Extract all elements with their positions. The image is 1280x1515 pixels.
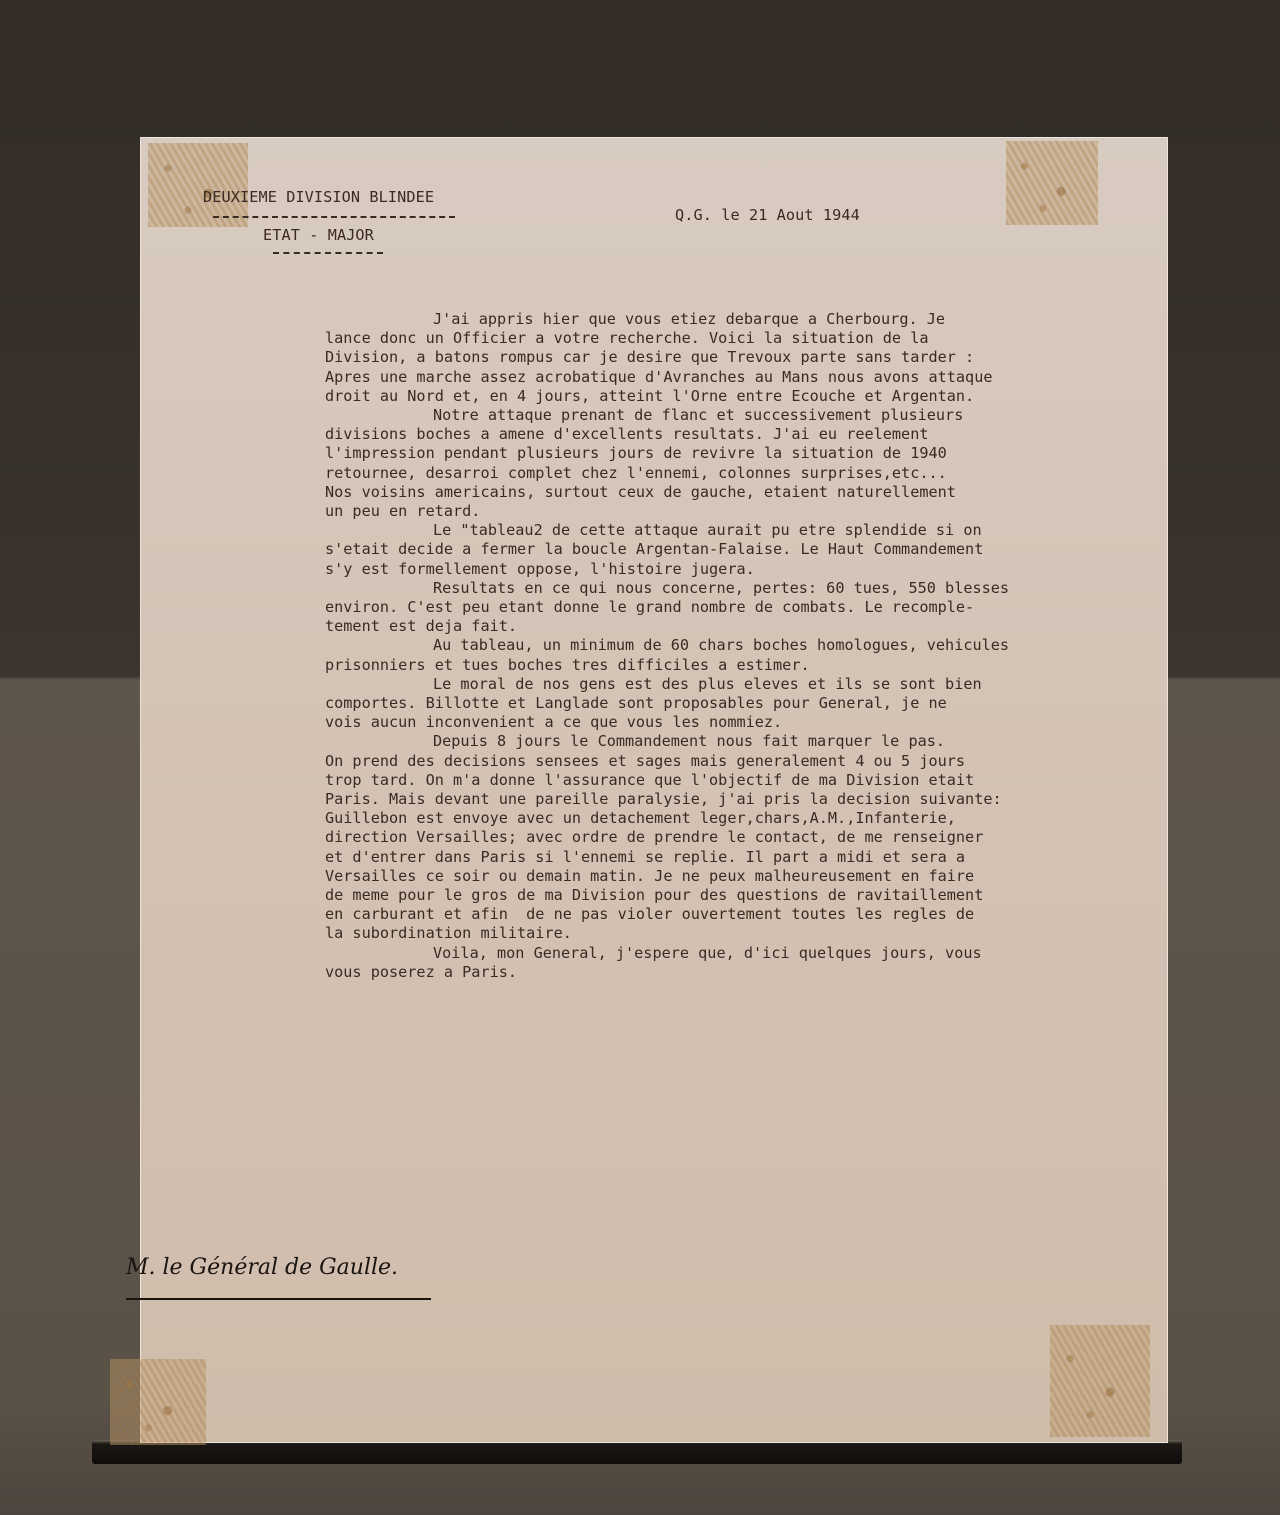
paragraph-first-line: Notre attaque prenant de flanc et succes… xyxy=(433,406,963,424)
body-line: vous poserez a Paris. xyxy=(325,963,517,981)
place-and-date: Q.G. le 21 Aout 1944 xyxy=(675,206,860,224)
paragraph-first-line: J'ai appris hier que vous etiez debarque… xyxy=(433,310,945,328)
letterhead-unit: DEUXIEME DIVISION BLINDEE xyxy=(203,188,434,206)
body-line: s'y est formellement oppose, l'histoire … xyxy=(325,560,755,578)
body-line: prisonniers et tues boches tres difficil… xyxy=(325,656,810,674)
body-line: comportes. Billotte et Langlade sont pro… xyxy=(325,694,947,712)
body-line: direction Versailles; avec ordre de pren… xyxy=(325,828,983,846)
body-line: tement est deja fait. xyxy=(325,617,517,635)
body-line: On prend des decisions sensees et sages … xyxy=(325,752,965,770)
addressee-underline xyxy=(126,1298,431,1300)
body-line: l'impression pendant plusieurs jours de … xyxy=(325,444,947,462)
handwritten-addressee: M. le Général de Gaulle. xyxy=(126,1255,398,1280)
paragraph-first-line: Au tableau, un minimum de 60 chars boche… xyxy=(433,636,1009,654)
body-line: lance donc un Officier a votre recherche… xyxy=(325,329,928,347)
letter-content: DEUXIEME DIVISION BLINDEE ETAT - MAJOR Q… xyxy=(0,0,1280,1515)
body-line: en carburant et afin de ne pas violer ou… xyxy=(325,905,974,923)
body-line: divisions boches a amene d'excellents re… xyxy=(325,425,928,443)
body-line: Paris. Mais devant une pareille paralysi… xyxy=(325,790,1002,808)
body-line: Division, a batons rompus car je desire … xyxy=(325,348,974,366)
body-line: s'etait decide a fermer la boucle Argent… xyxy=(325,540,983,558)
paragraph-first-line: Depuis 8 jours le Commandement nous fait… xyxy=(433,732,945,750)
paragraph-first-line: Le "tableau2 de cette attaque aurait pu … xyxy=(433,521,982,539)
body-line: trop tard. On m'a donne l'assurance que … xyxy=(325,771,974,789)
body-line: de meme pour le gros de ma Division pour… xyxy=(325,886,983,904)
paragraph-first-line: Voila, mon General, j'espere que, d'ici … xyxy=(433,944,982,962)
body-line: un peu en retard. xyxy=(325,502,480,520)
letterhead-department-rule xyxy=(273,252,383,254)
paragraph-first-line: Resultats en ce qui nous concerne, perte… xyxy=(433,579,1009,597)
body-line: retournee, desarroi complet chez l'ennem… xyxy=(325,464,947,482)
body-line: et d'entrer dans Paris si l'ennemi se re… xyxy=(325,848,965,866)
letterhead-department: ETAT - MAJOR xyxy=(263,226,374,244)
body-line: environ. C'est peu etant donne le grand … xyxy=(325,598,974,616)
body-line: la subordination militaire. xyxy=(325,924,572,942)
body-line: vois aucun inconvenient a ce que vous le… xyxy=(325,713,782,731)
body-line: Nos voisins americains, surtout ceux de … xyxy=(325,483,956,501)
letterhead-unit-rule xyxy=(213,216,455,218)
body-line: Versailles ce soir ou demain matin. Je n… xyxy=(325,867,974,885)
paragraph-first-line: Le moral de nos gens est des plus eleves… xyxy=(433,675,982,693)
body-line: Guillebon est envoye avec un detachement… xyxy=(325,809,956,827)
body-line: droit au Nord et, en 4 jours, atteint l'… xyxy=(325,387,974,405)
body-line: Apres une marche assez acrobatique d'Avr… xyxy=(325,368,993,386)
